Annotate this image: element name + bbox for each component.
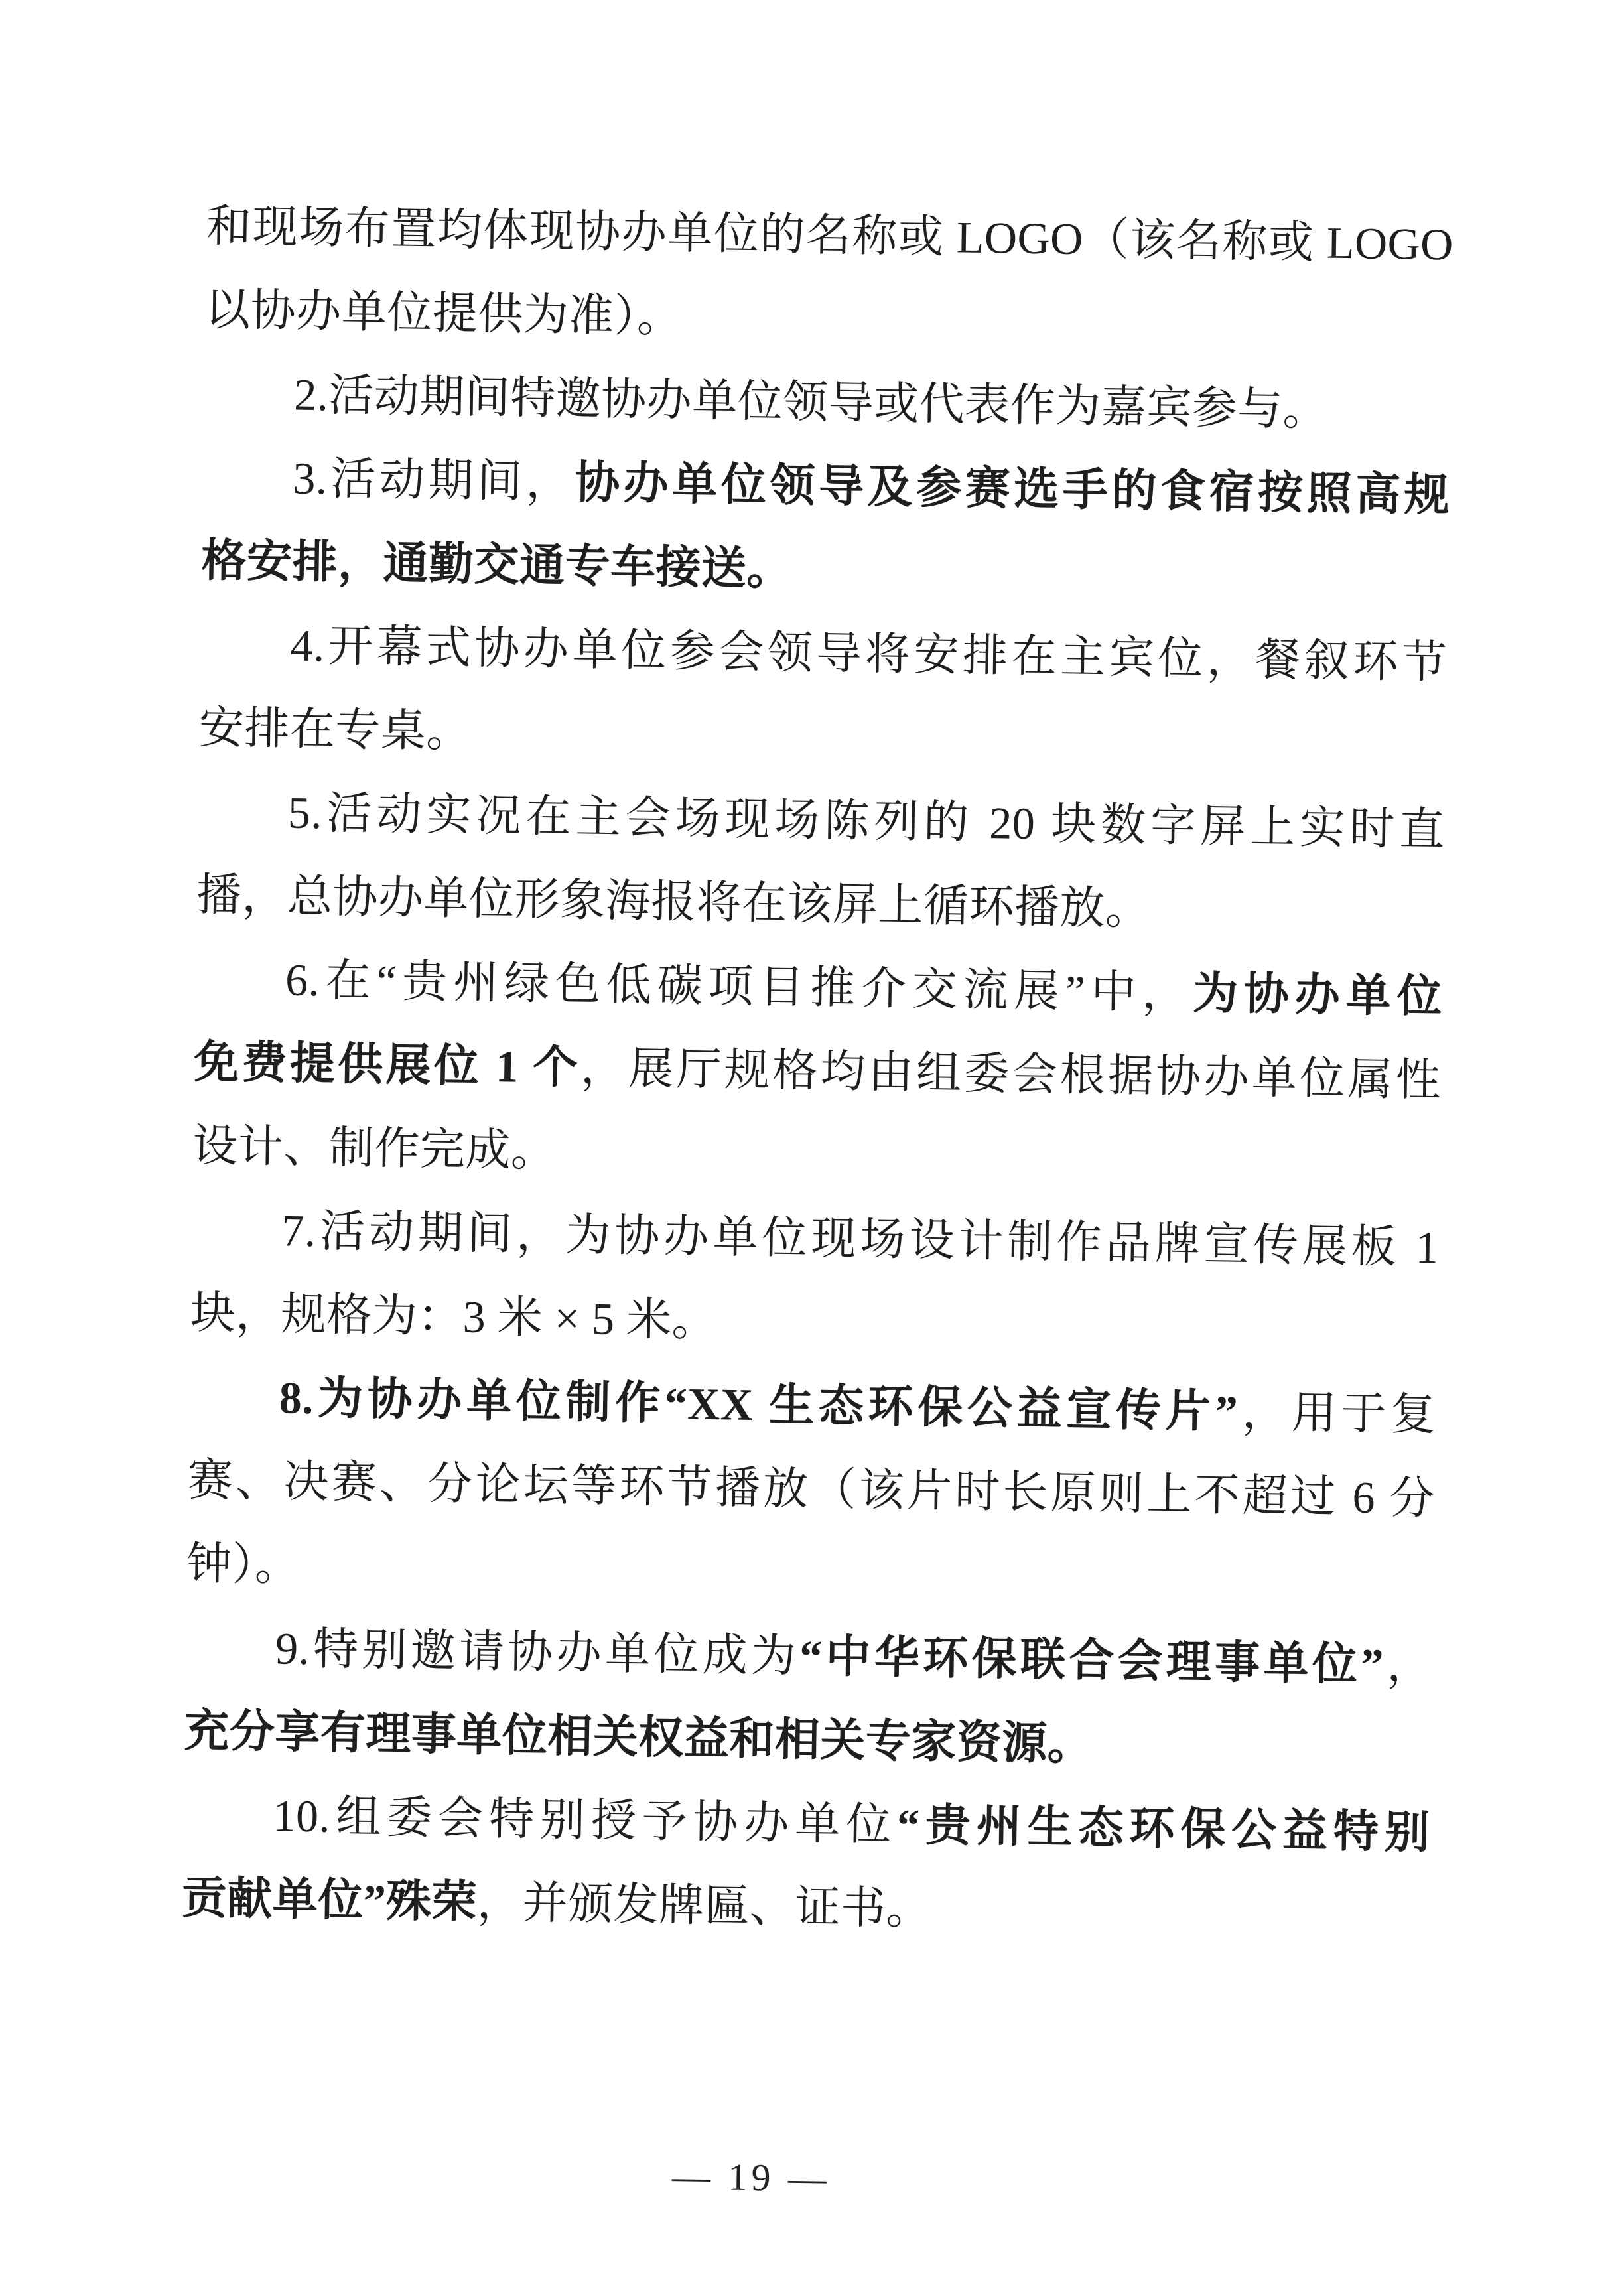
text-segment: 以协办单位提供为准）。 <box>205 285 683 342</box>
document-body: 和现场布置均体现协办单位的名称或 LOGO（该名称或 LOGO以协办单位提供为准… <box>181 184 1454 1959</box>
text-segment: 9.特别邀请协办单位成为 <box>275 1623 800 1681</box>
bold-text-segment: 贡献单位”殊荣 <box>181 1872 478 1927</box>
page-number: — 19 — <box>177 2146 1425 2209</box>
text-segment: 钟）。 <box>186 1538 301 1590</box>
bold-text-segment: “中华环保联合会理事单位” <box>799 1631 1385 1690</box>
text-segment: 设计、制作完成。 <box>192 1120 557 1176</box>
bold-text-segment: “贵州生态环保公益特别 <box>896 1799 1430 1858</box>
text-segment: 10.组委会特别授予协办单位 <box>273 1790 898 1850</box>
bold-text-segment: 充分享有理事单位相关权益和相关专家资源。 <box>184 1705 1093 1769</box>
text-segment: 块，规格为：3 米 × 5 米。 <box>190 1287 717 1346</box>
bold-text-segment: 为协办单位 <box>1193 968 1443 1022</box>
text-segment: 4.开幕式协办单位参会领导将安排在主宾位，餐叙环节 <box>290 620 1448 688</box>
bold-text-segment: 协办单位领导及参赛选手的食宿按照高规 <box>575 457 1450 521</box>
document-content: 和现场布置均体现协办单位的名称或 LOGO（该名称或 LOGO以协办单位提供为准… <box>177 184 1454 2210</box>
text-segment: ，展厅规格均由组委会根据协办单位属性 <box>580 1042 1442 1105</box>
text-segment: 3.活动期间， <box>293 453 575 508</box>
text-segment: 5.活动实况在主会场现场陈列的 20 块数字屏上实时直 <box>287 787 1445 855</box>
text-segment: 2.活动期间特邀协办单位领导或代表作为嘉宾参与。 <box>294 370 1329 435</box>
bold-text-segment: 格安排，通勤交通专车接送。 <box>201 535 793 594</box>
bold-text-segment: 免费提供展位 1 个 <box>194 1036 581 1093</box>
text-segment: 安排在专桌。 <box>198 702 472 756</box>
text-segment: ， <box>1383 1639 1432 1691</box>
bold-text-segment: 8.为协办单位制作“XX 生态环保公益宣传片” <box>279 1372 1238 1436</box>
text-segment: 播，总协办单位形象海报将在该屏上循环播放。 <box>196 869 1151 934</box>
document-page: 和现场布置均体现协办单位的名称或 LOGO（该名称或 LOGO以协办单位提供为准… <box>0 0 1624 2293</box>
text-segment: 7.活动期间，为协办单位现场设计制作品牌宣传展板 1 <box>281 1205 1439 1273</box>
text-segment: ，用于复 <box>1237 1387 1436 1440</box>
text-segment: 赛、决赛、分论坛等环节播放（该片时长原则上不超过 6 分 <box>187 1454 1435 1523</box>
text-segment: ，并颁发牌匾、证书。 <box>477 1877 932 1934</box>
text-segment: 和现场布置均体现协办单位的名称或 LOGO（该名称或 LOGO <box>206 201 1454 270</box>
text-segment: 6.在“贵州绿色低碳项目推介交流展”中， <box>285 954 1193 1018</box>
